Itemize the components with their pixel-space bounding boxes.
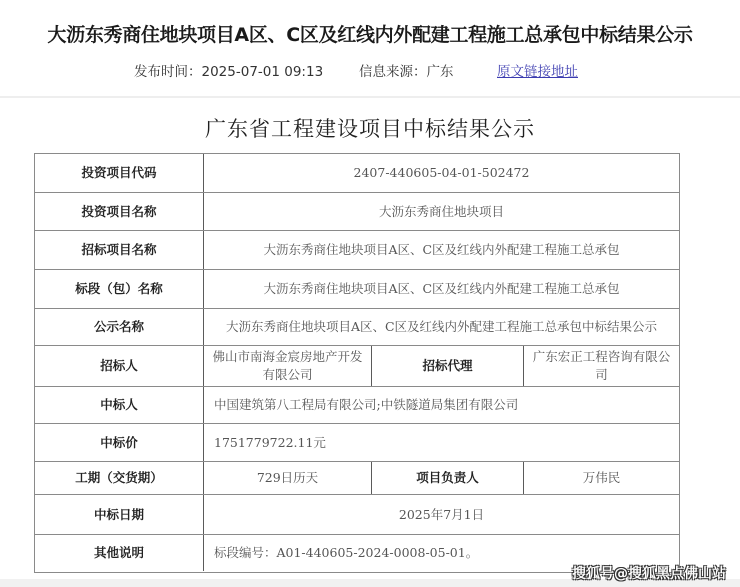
row-label: 中标日期 [35,495,204,534]
bid-result-table: 投资项目代码 2407-440605-04-01-502472 投资项目名称 大… [34,153,680,573]
row-value: 2407-440605-04-01-502472 [204,154,679,192]
row-label: 投资项目代码 [35,154,204,192]
row-value: 大沥东秀商住地块项目 [204,193,679,230]
table-row: 标段（包）名称 大沥东秀商住地块项目A区、C区及红线内外配建工程施工总承包 [35,269,679,308]
original-link[interactable]: 原文链接地址 [497,60,578,80]
row-value: 中国建筑第八工程局有限公司;中铁隧道局集团有限公司 [204,387,679,423]
row-value: 佛山市南海金宸房地产开发有限公司 [204,346,372,386]
row-value-secondary: 广东宏正工程咨询有限公司 [524,346,679,386]
publish-time-label: 发布时间： [134,64,202,80]
row-label-secondary: 招标代理 [372,346,524,386]
document-title: 广东省工程建设项目中标结果公示 [0,113,740,143]
row-value-secondary: 万伟民 [524,462,679,494]
row-label: 中标人 [35,387,204,423]
publish-time-value: 2025-07-01 09:13 [202,64,324,80]
row-label: 其他说明 [35,535,204,571]
row-value: 2025年7月1日 [204,495,679,534]
row-value: 729日历天 [204,462,372,494]
row-label: 标段（包）名称 [35,270,204,308]
row-value: 大沥东秀商住地块项目A区、C区及红线内外配建工程施工总承包 [204,270,679,308]
table-row: 公示名称 大沥东秀商住地块项目A区、C区及红线内外配建工程施工总承包中标结果公示 [35,308,679,345]
table-row: 工期（交货期） 729日历天 项目负责人 万伟民 [35,461,679,494]
table-row: 投资项目名称 大沥东秀商住地块项目 [35,192,679,230]
row-label: 工期（交货期） [35,462,204,494]
table-row: 中标人 中国建筑第八工程局有限公司;中铁隧道局集团有限公司 [35,386,679,423]
header-divider [0,96,740,98]
row-value: 大沥东秀商住地块项目A区、C区及红线内外配建工程施工总承包 [204,231,679,269]
table-row: 招标项目名称 大沥东秀商住地块项目A区、C区及红线内外配建工程施工总承包 [35,230,679,269]
table-row: 投资项目代码 2407-440605-04-01-502472 [35,154,679,192]
row-label-secondary: 项目负责人 [372,462,524,494]
article-headline: 大沥东秀商住地块项目A区、C区及红线内外配建工程施工总承包中标结果公示 [0,20,740,47]
row-label: 中标价 [35,424,204,461]
row-value: 大沥东秀商住地块项目A区、C区及红线内外配建工程施工总承包中标结果公示 [204,309,679,345]
row-label: 投资项目名称 [35,193,204,230]
source-watermark: 搜狐号@搜狐黑点佛山站 [572,563,726,583]
table-row: 中标日期 2025年7月1日 [35,494,679,534]
publish-time: 发布时间：2025-07-01 09:13 [134,60,323,80]
article-header: 大沥东秀商住地块项目A区、C区及红线内外配建工程施工总承包中标结果公示 发布时间… [0,0,740,97]
info-source-label: 信息来源： [359,64,427,80]
row-label: 公示名称 [35,309,204,345]
table-row: 招标人 佛山市南海金宸房地产开发有限公司 招标代理 广东宏正工程咨询有限公司 [35,345,679,386]
row-label: 招标人 [35,346,204,386]
info-source: 信息来源：广东 [359,60,454,80]
row-value: 1751779722.11元 [204,424,679,461]
table-row: 中标价 1751779722.11元 [35,423,679,461]
row-label: 招标项目名称 [35,231,204,269]
info-source-value: 广东 [427,64,454,80]
